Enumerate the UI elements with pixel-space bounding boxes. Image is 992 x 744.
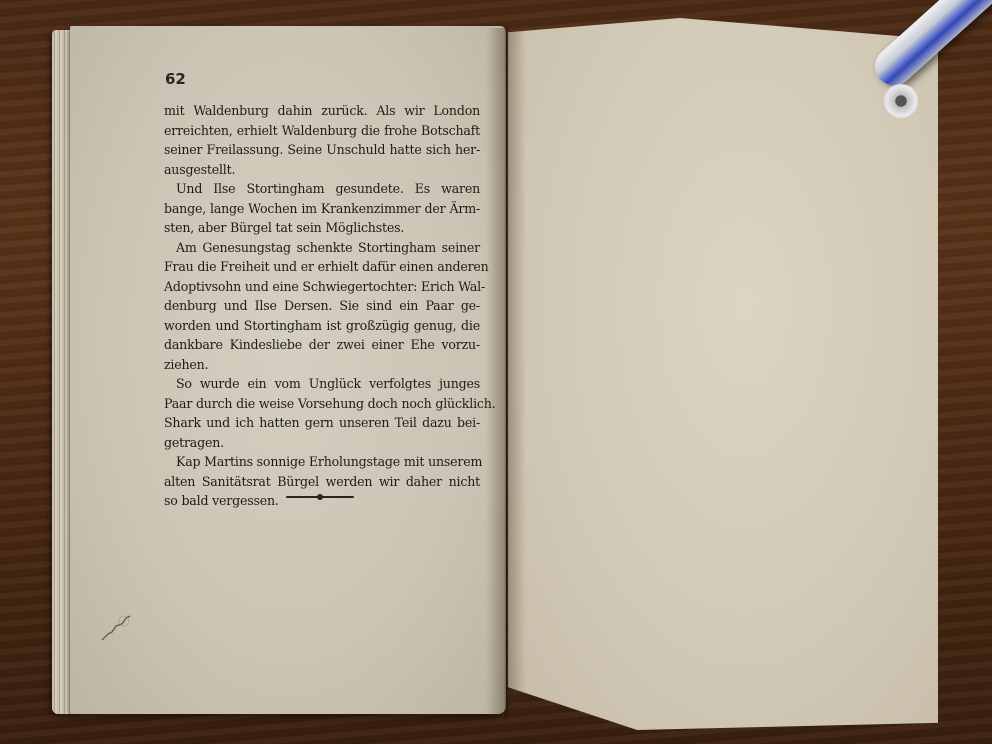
page-number: 62 <box>165 70 186 88</box>
text-line: Shark und ich hatten gern unseren Teil d… <box>164 413 480 433</box>
text-line: ziehen. <box>164 355 480 375</box>
text-line: erreichten, erhielt Waldenburg die frohe… <box>164 121 480 141</box>
text-line: Am Genesungstag schenkte Stortingham sei… <box>164 238 480 258</box>
text-line: Adoptivsohn und eine Schwiegertochter: E… <box>164 277 480 297</box>
text-line: So wurde ein vom Unglück verfolgtes jung… <box>164 374 480 394</box>
right-page-blank <box>508 18 938 730</box>
text-line: bange, lange Wochen im Krankenzimmer der… <box>164 199 480 219</box>
text-line: getragen. <box>164 433 480 453</box>
pen-end-cap <box>884 84 918 118</box>
text-line: sten, aber Bürgel tat sein Möglichstes. <box>164 218 480 238</box>
book-gutter <box>486 28 526 718</box>
text-line: denburg und Ilse Dersen. Sie sind ein Pa… <box>164 296 480 316</box>
text-line: Und Ilse Stortingham gesundete. Es waren <box>164 179 480 199</box>
text-line: ausgestellt. <box>164 160 480 180</box>
paper-stain-mark <box>100 612 136 642</box>
text-line: seiner Freilassung. Seine Unschuld hatte… <box>164 140 480 160</box>
text-line: Kap Martins sonnige Erholungstage mit un… <box>164 452 480 472</box>
text-line: worden und Stortingham ist großzügig gen… <box>164 316 480 336</box>
text-line: Paar durch die weise Vorsehung doch noch… <box>164 394 480 414</box>
page-text: mit Waldenburg dahin zurück. Als wir Lon… <box>164 101 480 511</box>
text-line: mit Waldenburg dahin zurück. Als wir Lon… <box>164 101 480 121</box>
text-line: Frau die Freiheit und er erhielt dafür e… <box>164 257 480 277</box>
text-line: alten Sanitätsrat Bürgel werden wir dahe… <box>164 472 480 492</box>
text-line: dankbare Kindesliebe der zwei einer Ehe … <box>164 335 480 355</box>
chapter-end-ornament <box>286 495 354 499</box>
ornament-dot <box>317 494 323 500</box>
